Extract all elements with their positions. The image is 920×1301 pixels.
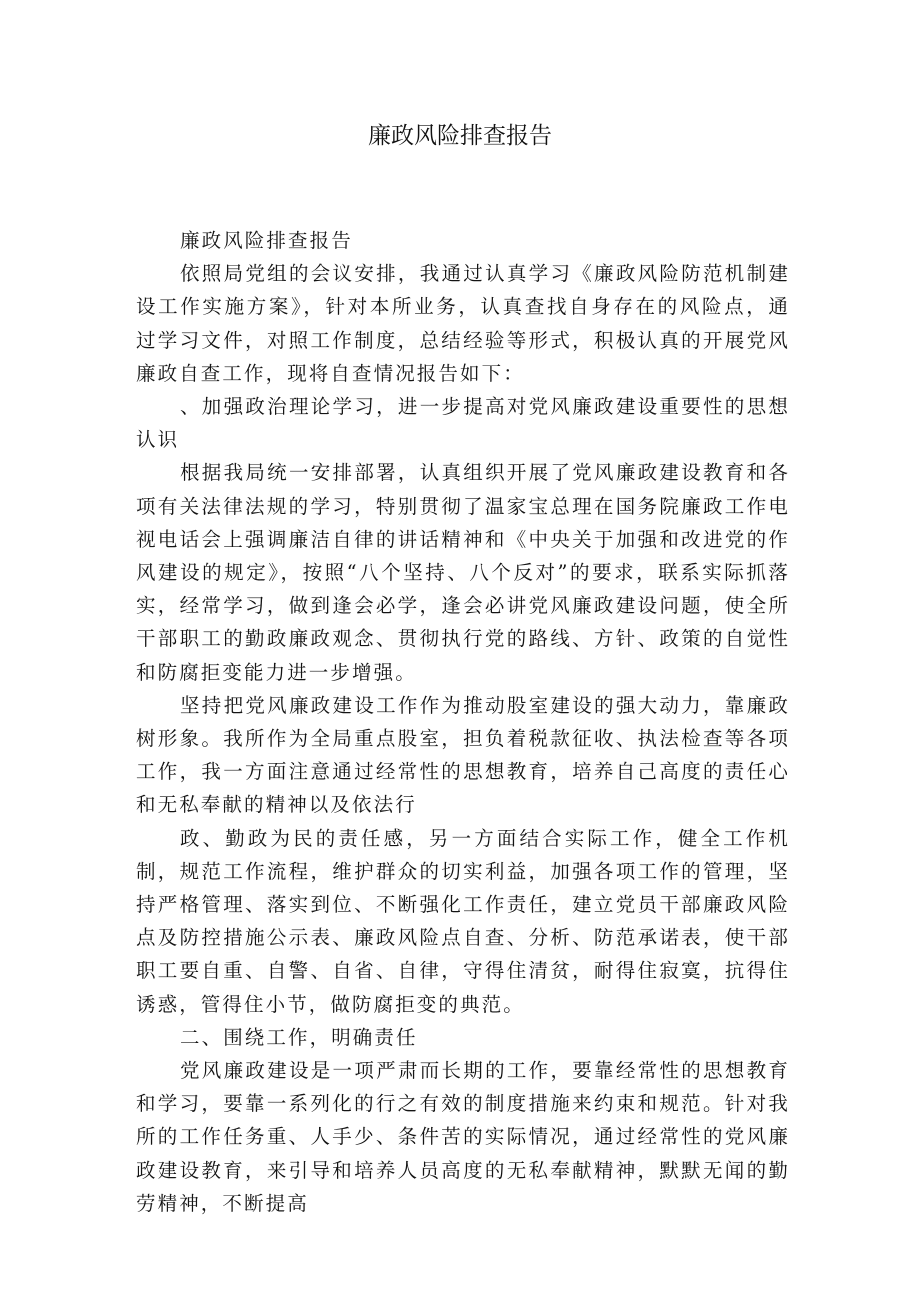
body-paragraph: 坚持把党风廉政建设工作作为推动股室建设的强大动力，靠廉政树形象。我所作为全局重点… (136, 689, 790, 822)
body-paragraph: 根据我局统一安排部署，认真组织开展了党风廉政建设教育和各项有关法律法规的学习，特… (136, 456, 790, 688)
section-heading-1: 、加强政治理论学习，进一步提高对党风廉政建设重要性的思想认识 (136, 390, 790, 456)
document-page: 廉政风险排查报告 廉政风险排查报告 依照局党组的会议安排，我通过认真学习《廉政风… (0, 0, 920, 1301)
document-title: 廉政风险排查报告 (0, 120, 920, 152)
subtitle-paragraph: 廉政风险排查报告 (136, 224, 790, 257)
body-paragraph: 政、勤政为民的责任感，另一方面结合实际工作，健全工作机制，规范工作流程，维护群众… (136, 822, 790, 1021)
body-paragraph: 党风廉政建设是一项严肃而长期的工作，要靠经常性的思想教育和学习，要靠一系列化的行… (136, 1054, 790, 1220)
document-body: 廉政风险排查报告 依照局党组的会议安排，我通过认真学习《廉政风险防范机制建设工作… (136, 224, 790, 1220)
intro-paragraph: 依照局党组的会议安排，我通过认真学习《廉政风险防范机制建设工作实施方案》，针对本… (136, 257, 790, 390)
section-heading-2: 二、围绕工作，明确责任 (136, 1021, 790, 1054)
